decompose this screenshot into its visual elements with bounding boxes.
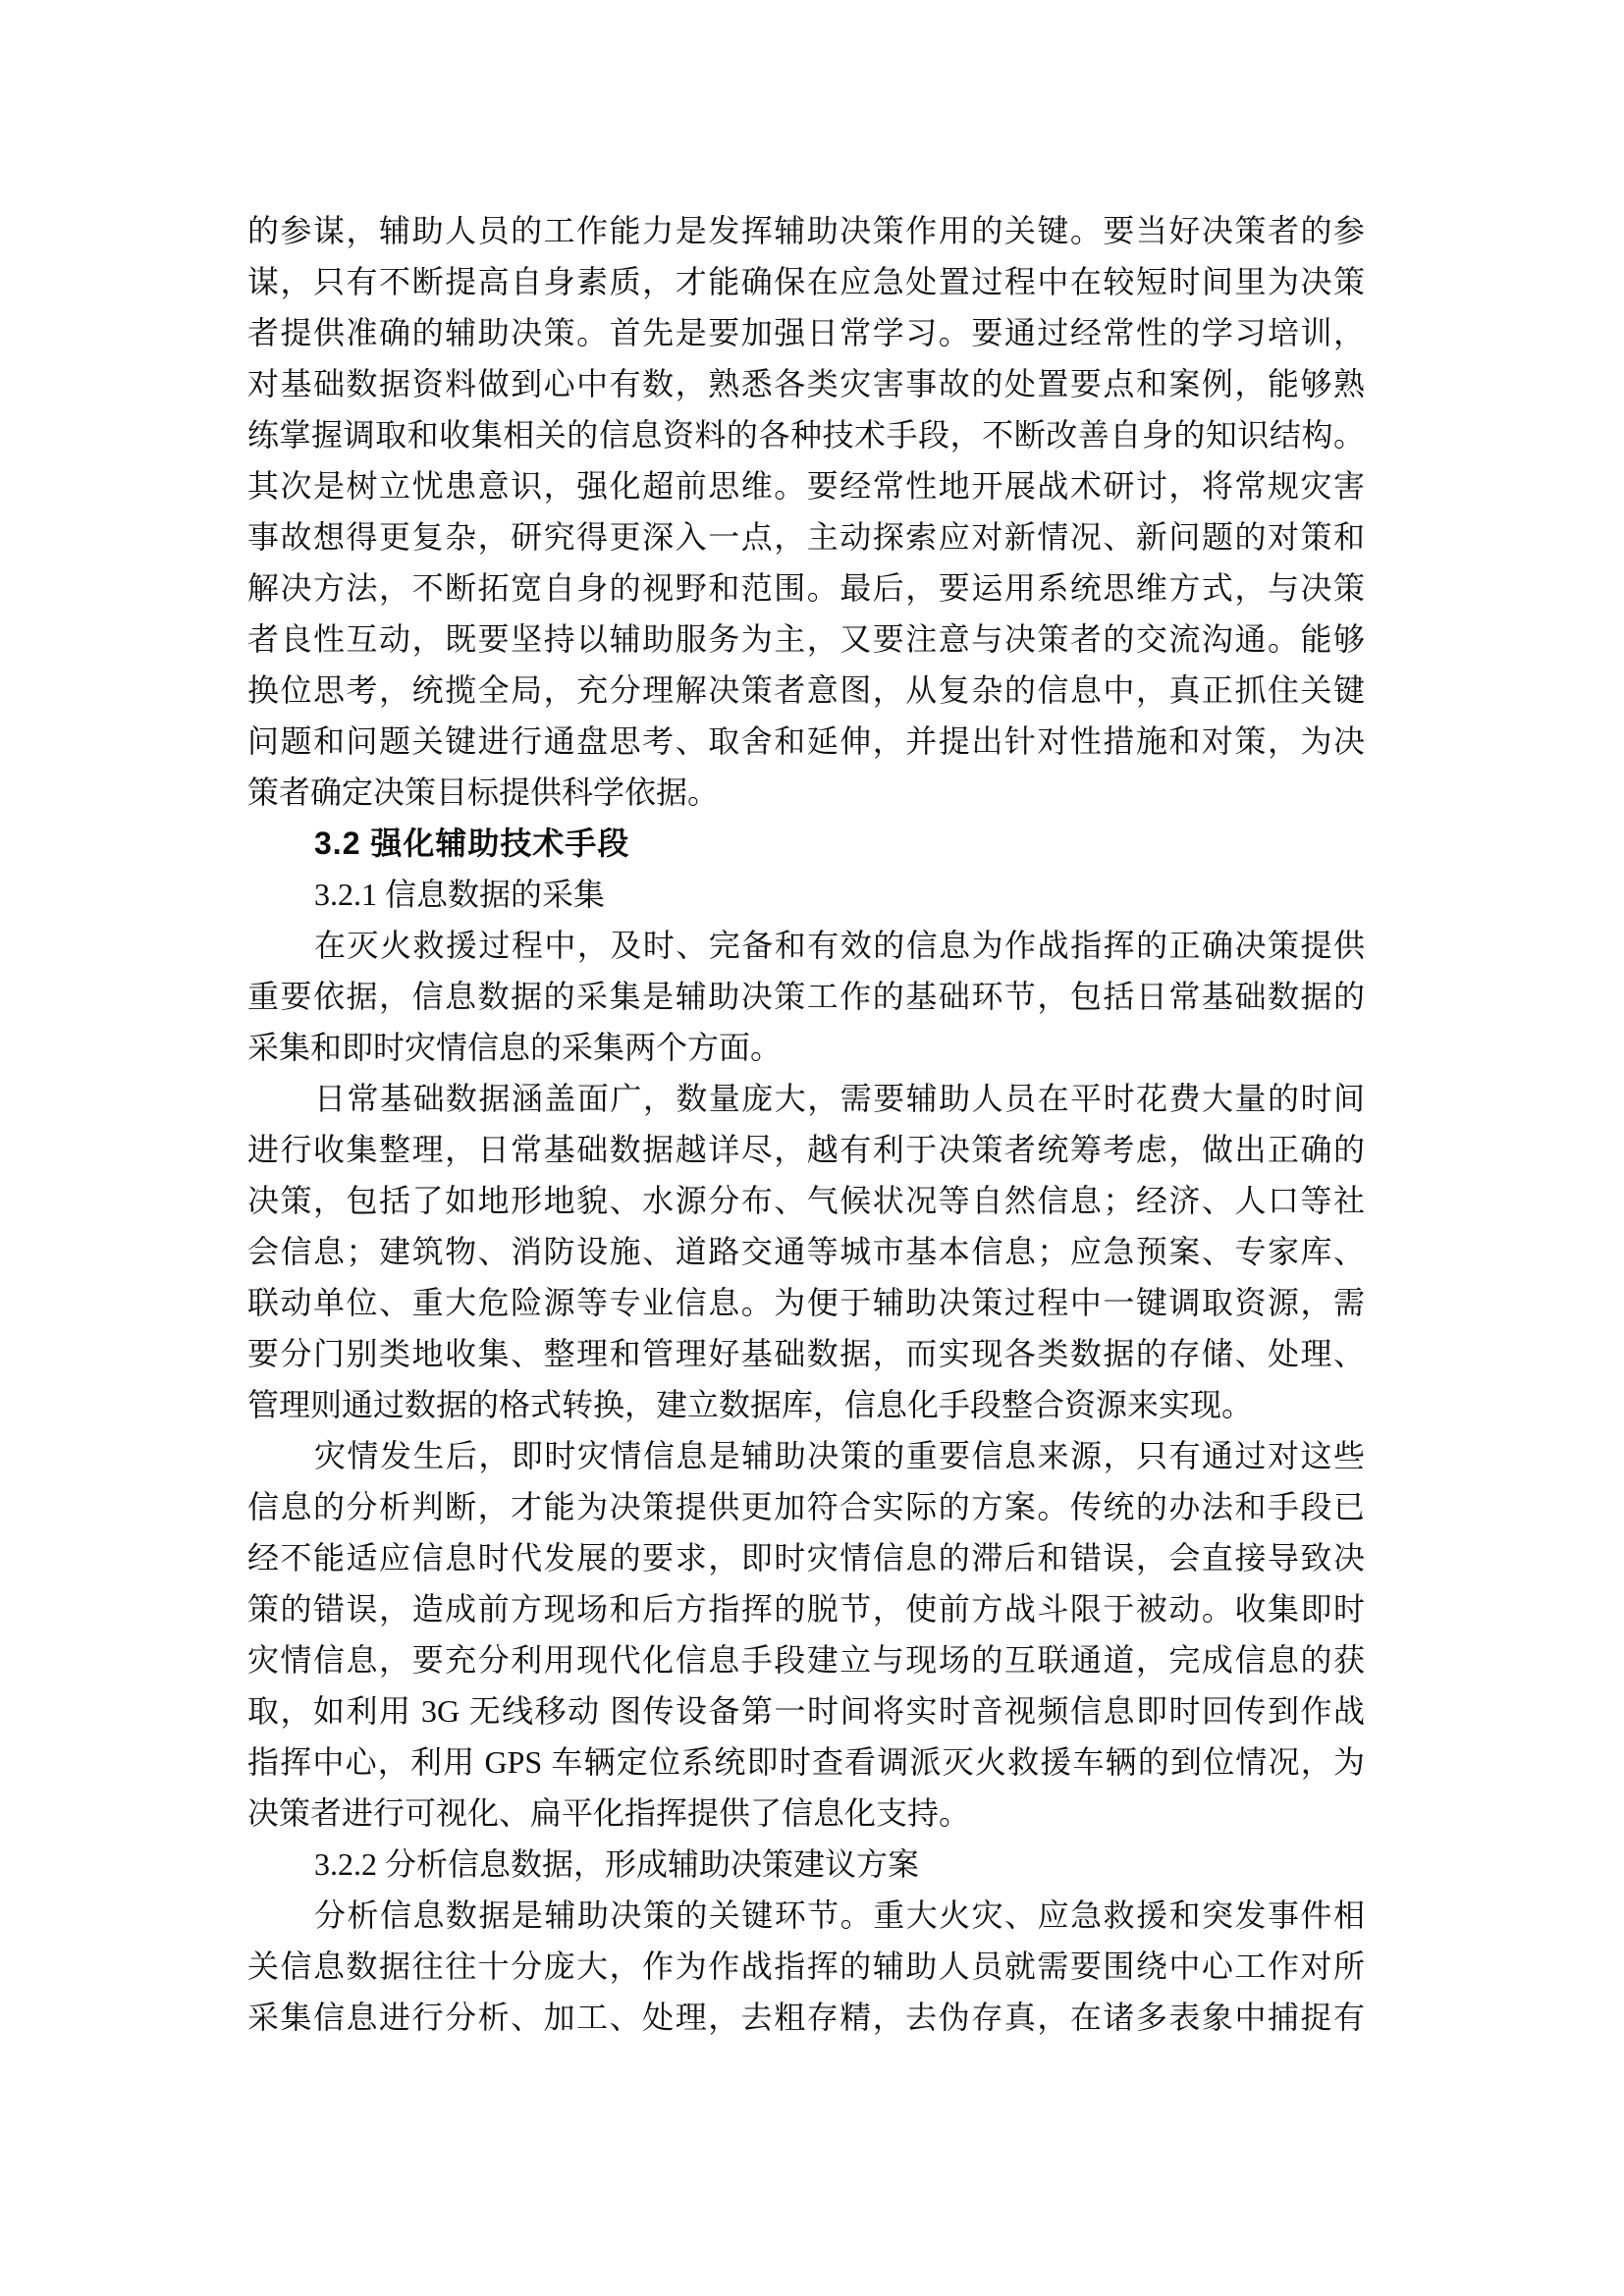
text-line: 谋，只有不断提高自身素质，才能确保在应急处置过程中在较短时间里为决策 bbox=[247, 256, 1365, 307]
text-line: 指挥中心，利用 GPS 车辆定位系统即时查看调派灭火救援车辆的到位情况，为 bbox=[247, 1736, 1365, 1788]
text-line: 在灭火救援过程中，及时、完备和有效的信息为作战指挥的正确决策提供 bbox=[247, 920, 1365, 971]
text-line: 问题和问题关键进行通盘思考、取舍和延伸，并提出针对性措施和对策，为决 bbox=[247, 716, 1365, 767]
text-line: 重要依据，信息数据的采集是辅助决策工作的基础环节，包括日常基础数据的 bbox=[247, 971, 1365, 1022]
text-line: 的参谋，辅助人员的工作能力是发挥辅助决策作用的关键。要当好决策者的参 bbox=[247, 205, 1365, 256]
text-line: 对基础数据资料做到心中有数，熟悉各类灾害事故的处置要点和案例，能够熟 bbox=[247, 358, 1365, 409]
text-line: 管理则通过数据的格式转换，建立数据库，信息化手段整合资源来实现。 bbox=[247, 1379, 1365, 1430]
text-line: 换位思考，统揽全局，充分理解决策者意图，从复杂的信息中，真正抓住关键 bbox=[247, 665, 1365, 716]
document-page: 的参谋，辅助人员的工作能力是发挥辅助决策作用的关键。要当好决策者的参谋，只有不断… bbox=[0, 0, 1624, 2296]
text-line: 决策者进行可视化、扁平化指挥提供了信息化支持。 bbox=[247, 1788, 1365, 1839]
section-heading: 3.2 强化辅助技术手段 bbox=[247, 818, 1365, 869]
text-line: 经不能适应信息时代发展的要求，即时灾情信息的滞后和错误，会直接导致决 bbox=[247, 1532, 1365, 1583]
text-line: 练掌握调取和收集相关的信息资料的各种技术手段，不断改善自身的知识结构。 bbox=[247, 409, 1365, 460]
text-line: 解决方法，不断拓宽自身的视野和范围。最后，要运用系统思维方式，与决策 bbox=[247, 562, 1365, 614]
text-line: 者良性互动，既要坚持以辅助服务为主，又要注意与决策者的交流沟通。能够 bbox=[247, 614, 1365, 665]
text-line: 采集和即时灾情信息的采集两个方面。 bbox=[247, 1022, 1365, 1073]
sub-section-heading: 3.2.2 分析信息数据，形成辅助决策建议方案 bbox=[247, 1839, 1365, 1890]
text-line: 者提供准确的辅助决策。首先是要加强日常学习。要通过经常性的学习培训， bbox=[247, 307, 1365, 358]
text-line: 采集信息进行分析、加工、处理，去粗存精，去伪存真，在诸多表象中捕捉有 bbox=[247, 1992, 1365, 2043]
text-line: 要分门别类地收集、整理和管理好基础数据，而实现各类数据的存储、处理、 bbox=[247, 1328, 1365, 1379]
document-body: 的参谋，辅助人员的工作能力是发挥辅助决策作用的关键。要当好决策者的参谋，只有不断… bbox=[247, 205, 1365, 2043]
text-line: 策者确定决策目标提供科学依据。 bbox=[247, 767, 1365, 818]
text-line: 分析信息数据是辅助决策的关键环节。重大火灾、应急救援和突发事件相 bbox=[247, 1890, 1365, 1941]
sub-section-heading: 3.2.1 信息数据的采集 bbox=[247, 869, 1365, 920]
text-line: 信息的分析判断，才能为决策提供更加符合实际的方案。传统的办法和手段已 bbox=[247, 1481, 1365, 1532]
text-line: 取，如利用 3G 无线移动 图传设备第一时间将实时音视频信息即时回传到作战 bbox=[247, 1685, 1365, 1736]
text-line: 日常基础数据涵盖面广，数量庞大，需要辅助人员在平时花费大量的时间 bbox=[247, 1073, 1365, 1124]
text-line: 其次是树立忧患意识，强化超前思维。要经常性地开展战术研讨，将常规灾害 bbox=[247, 460, 1365, 511]
text-line: 决策，包括了如地形地貌、水源分布、气候状况等自然信息；经济、人口等社 bbox=[247, 1175, 1365, 1226]
text-line: 灾情发生后，即时灾情信息是辅助决策的重要信息来源，只有通过对这些 bbox=[247, 1430, 1365, 1481]
text-line: 进行收集整理，日常基础数据越详尽，越有利于决策者统筹考虑，做出正确的 bbox=[247, 1124, 1365, 1175]
text-line: 会信息；建筑物、消防设施、道路交通等城市基本信息；应急预案、专家库、 bbox=[247, 1226, 1365, 1277]
text-line: 关信息数据往往十分庞大，作为作战指挥的辅助人员就需要围绕中心工作对所 bbox=[247, 1941, 1365, 1992]
text-line: 事故想得更复杂，研究得更深入一点，主动探索应对新情况、新问题的对策和 bbox=[247, 511, 1365, 562]
text-line: 灾情信息，要充分利用现代化信息手段建立与现场的互联通道，完成信息的获 bbox=[247, 1634, 1365, 1685]
text-line: 联动单位、重大危险源等专业信息。为便于辅助决策过程中一键调取资源，需 bbox=[247, 1277, 1365, 1328]
text-line: 策的错误，造成前方现场和后方指挥的脱节，使前方战斗限于被动。收集即时 bbox=[247, 1583, 1365, 1634]
